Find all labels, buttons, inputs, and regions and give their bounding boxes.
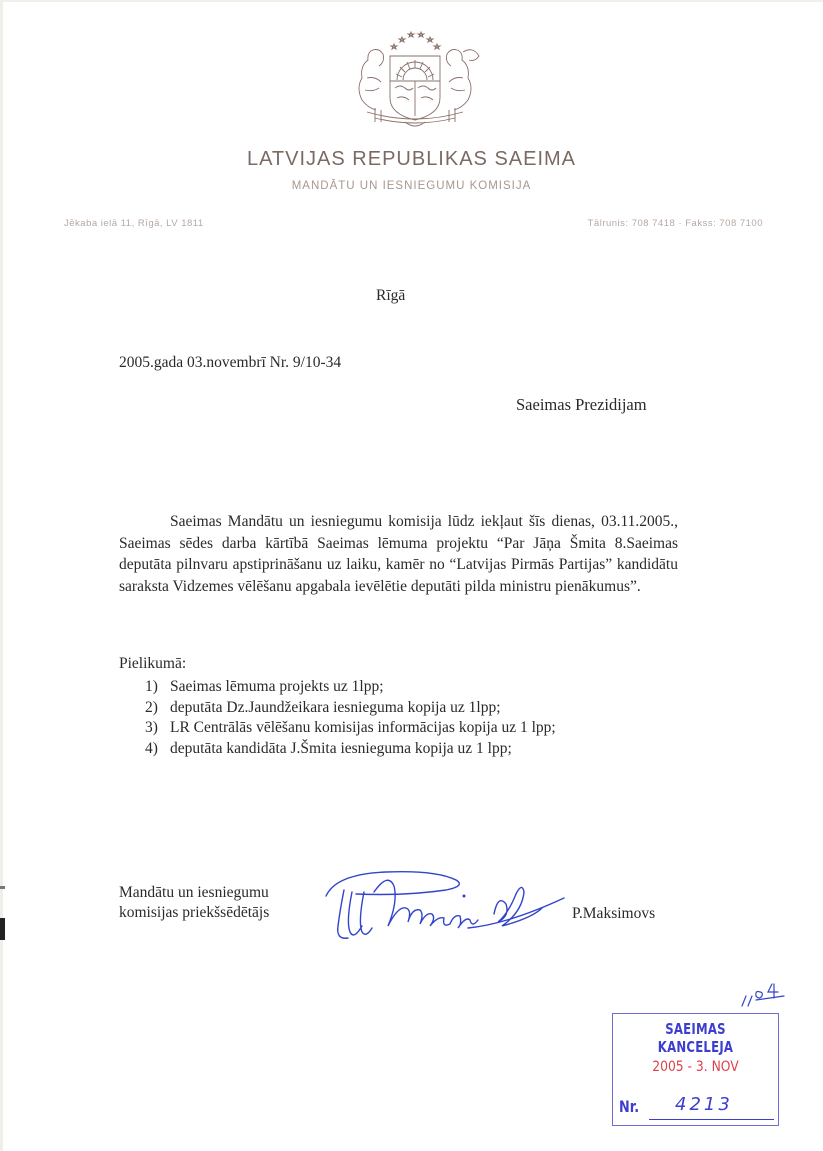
attachment-text: deputāta Dz.Jaundžeikara iesnieguma kopi… [170,699,501,716]
attachment-item: 1)Saeimas lēmuma projekts uz 1lpp; [145,677,556,698]
attachment-number: 4) [145,739,170,760]
signer-name: P.Maksimovs [572,905,655,923]
attachment-number: 3) [145,718,170,739]
stamp-nr-underline [649,1119,774,1120]
letterhead-title: LATVIJAS REPUBLIKAS SAEIMA [0,148,823,171]
stamp-title: SAEIMAS KANCELEJA [631,1020,760,1056]
attachment-item: 2)deputāta Dz.Jaundžeikara iesnieguma ko… [145,698,556,719]
letterhead-address: Jēkaba ielā 11, Rīgā, LV 1811 [64,218,204,229]
signer-title: Mandātu un iesniegumu komisijas priekšsē… [119,883,269,923]
attachments-heading: Pielikumā: [119,655,186,673]
scan-mark [0,886,5,889]
scan-edge [0,0,3,1151]
scan-mark [0,918,5,940]
letterhead-subtitle: MANDĀTU UN IESNIEGUMU KOMISIJA [0,180,823,192]
attachment-number: 2) [145,698,170,719]
handwritten-note-icon [738,980,788,1010]
attachment-item: 4)deputāta kandidāta J.Šmita iesnieguma … [145,739,556,760]
scan-edge [0,0,823,2]
letter-date-reference: 2005.gada 03.novembrī Nr. 9/10-34 [119,354,341,372]
attachments-list: 1)Saeimas lēmuma projekts uz 1lpp; 2)dep… [145,677,556,759]
letterhead-phone: Tālrunis: 708 7418 · Fakss: 708 7100 [588,218,763,229]
letter-place: Rīgā [376,287,405,305]
stamp-nr-value: 4213 [675,1094,733,1115]
attachment-number: 1) [145,677,170,698]
signer-title-line: komisijas priekšsēdētājs [119,903,269,923]
signer-title-line: Mandātu un iesniegumu [119,883,269,903]
attachment-text: LR Centrālās vēlēšanu komisijas informāc… [170,719,556,736]
stamp-date: 2005 - 3. NOV [625,1059,765,1075]
attachment-item: 3)LR Centrālās vēlēšanu komisijas inform… [145,718,556,739]
stamp-nr-label: Nr. [619,1097,639,1116]
letter-addressee: Saeimas Prezidijam [516,395,647,415]
attachment-text: Saeimas lēmuma projekts uz 1lpp; [170,678,384,695]
letter-body: Saeimas Mandātu un iesniegumu komisija l… [119,511,678,597]
attachment-text: deputāta kandidāta J.Šmita iesnieguma ko… [170,740,512,757]
registration-stamp: SAEIMAS KANCELEJA 2005 - 3. NOV Nr. 4213 [612,1013,779,1126]
signature-icon [318,866,568,944]
latvia-coat-of-arms-icon [345,28,485,132]
